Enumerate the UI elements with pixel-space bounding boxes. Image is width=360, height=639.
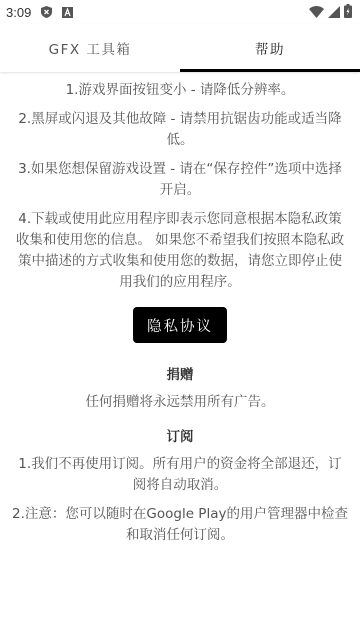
- status-bar: 3:09: [0, 0, 360, 24]
- tab-gfx-toolbox[interactable]: GFX 工具箱: [0, 24, 180, 72]
- subscription-item-1: 1.我们不再使用订阅。所有用户的资金将全部退还，订阅将自动取消。: [12, 454, 348, 496]
- donation-text: 任何捐赠将永远禁用所有广告。: [12, 392, 348, 413]
- tab-help[interactable]: 帮助: [180, 24, 360, 72]
- privacy-policy-button[interactable]: 隐私协议: [133, 307, 227, 343]
- help-content: 1.游戏界面按钮变小 - 请降低分辨率。 2.黑屏或闪退及其他故障 - 请禁用抗…: [0, 80, 360, 554]
- help-item-4: 4.下载或使用此应用程序即表示您同意根据本隐私政策收集和使用您的信息。 如果您不…: [12, 209, 348, 293]
- signal-icon: [328, 3, 340, 22]
- battery-charging-icon: [344, 3, 352, 22]
- shield-x-icon: [41, 3, 52, 22]
- help-item-2: 2.黑屏或闪退及其他故障 - 请禁用抗锯齿功能或适当降低。: [12, 109, 348, 151]
- status-time: 3:09: [6, 5, 31, 20]
- wifi-icon: [309, 3, 324, 22]
- a-box-icon: [62, 3, 73, 22]
- help-item-1: 1.游戏界面按钮变小 - 请降低分辨率。: [12, 80, 348, 101]
- subscription-title: 订阅: [12, 427, 348, 448]
- subscription-item-2: 2.注意：您可以随时在Google Play的用户管理器中检查和取消任何订阅。: [12, 504, 348, 546]
- help-item-3: 3.如果您想保留游戏设置 - 请在“保存控件”选项中选择开启。: [12, 159, 348, 201]
- tab-bar: GFX 工具箱 帮助: [0, 24, 360, 72]
- donation-title: 捐赠: [12, 365, 348, 386]
